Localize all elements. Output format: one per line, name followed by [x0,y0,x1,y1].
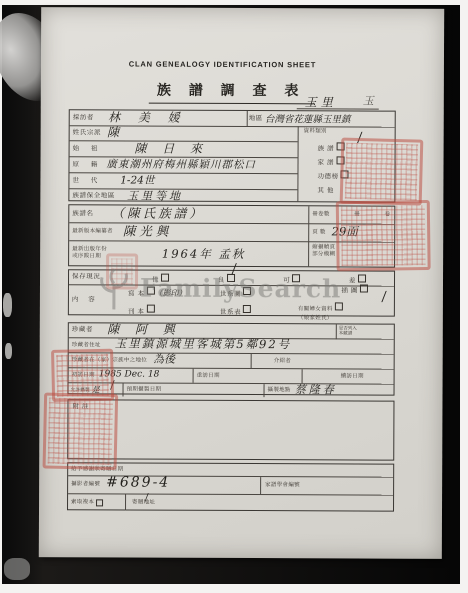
founder-label: 始 祖 [70,145,103,153]
document-page: CLAN GENEALOGY IDENTIFICATION SHEET 族 譜 … [39,7,444,559]
area-label: 地區 [247,115,263,123]
revisit-label: 重訪日期 [194,372,220,379]
scan-speck [4,558,30,580]
request-copy-label: 索取複本 [68,499,94,506]
interviewer-value: 林 美 媛 [108,108,187,125]
photographer-no-value: #689-4 [106,474,170,490]
film-place-label: 攝製地點 [265,387,291,394]
origin-value: 廣東潮州府梅州縣穎川郡松口 [106,156,256,172]
red-seal-stamp [106,253,138,289]
generations-value: 1-24世 [120,172,154,187]
area-value: 台灣省花蓮縣玉里鎮 [265,111,351,125]
generations-label: 世 代 [69,177,102,185]
send-address-label: 寄贈地址 [126,499,155,506]
red-seal-stamp [340,138,424,206]
interviewer-label: 採訪者 [70,114,94,122]
society-no-label: 家譜學會編號 [261,482,300,489]
surname-value: 陳 [107,123,119,140]
content-women-info-label: 有關婦女資料 [298,306,333,312]
editor-label: 最新版本編纂者 [69,228,113,235]
content-printed-checkbox [146,305,154,313]
section-admin-info: 給予感謝狀寄贈日期 攝影者編號 #689-4 家譜學會編號 索取複本 寄贈地址 … [67,462,394,511]
genealogy-title-label: 族譜名 [69,210,93,218]
photographer-no-label: 攝影者編號 [68,481,100,488]
request-copy-checkbox [96,499,103,506]
pen-stroke: ∕ [145,493,149,503]
pages-label: 頁 數 [308,229,325,236]
type-clan-genealogy-label: 族 譜 [318,145,335,152]
scan-speck [3,293,12,317]
listed-label-line2: 本藏譜 [339,330,394,336]
coverage-value: 玉里等地 [127,187,183,203]
pubdate-label-line2: 或序跋日期 [72,253,107,260]
editor-value: 陳 光 興 [123,221,169,239]
genealogy-title-value: （陳氏族譜） [112,203,205,221]
founder-value: 陳 日 來 [134,139,208,156]
section-holder-info: 珍藏者 陳 阿 興 是否列入 本藏譜 珍藏者住址 玉里鎮源城里客城第5鄰92号 … [68,322,395,395]
familysearch-watermark: FamilySearch [140,274,341,304]
red-seal-stamp [336,200,431,271]
handwritten-region-extra: 玉 [363,93,374,109]
address-value: 玉里鎮源城里客城第5鄰92号 [115,335,292,352]
content-pedigree-table-checkbox [243,305,251,313]
check-mark: ∕ [381,290,387,303]
content-women-info-label2: （娘家姓氏） [298,315,394,322]
chinese-title: 族 譜 調 查 表 [149,80,314,105]
content-illustrations-label: 插 圖 [341,287,358,294]
content-illustrations-checkbox [360,284,368,292]
content-women-info-checkbox [335,302,343,310]
type-other-label: 其 他 [317,187,334,194]
position-value: 為後 [153,351,175,367]
volumes-label: 冊卷數 [312,211,329,218]
material-type-label: 資料類別 [304,128,395,135]
next-visit-label: 續訪日期 [303,373,364,380]
english-title: CLAN GENEALOGY IDENTIFICATION SHEET [41,59,404,70]
introducer-label: 介紹者 [252,358,291,365]
coverage-label: 族譜保全地區 [69,193,115,201]
surname-label: 姓氏宗派 [70,129,101,137]
content-pedigree-table-label: 世系表 [220,308,241,315]
origin-label: 原 籍 [69,161,102,169]
address-label: 珍藏者住址 [69,342,101,349]
film-place-value: 蔡隆春 [295,381,337,397]
pubdate-value: 1964年 孟秋 [162,246,245,262]
film-date-label: 預期攝製日期 [124,387,162,394]
scan-speck [5,343,12,359]
red-seal-stamp [43,393,119,471]
holder-label: 珍藏者 [69,327,93,335]
